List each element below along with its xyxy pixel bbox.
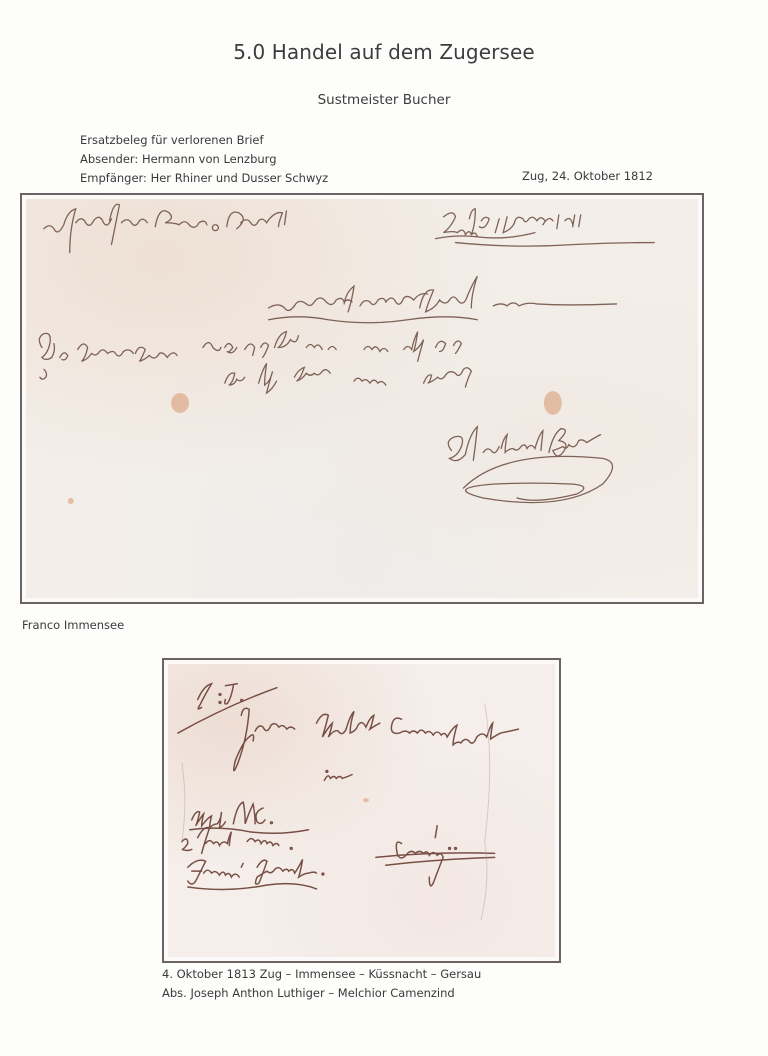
stain: [171, 393, 189, 413]
item1-document-image: [20, 193, 704, 604]
item2-document-image: [162, 658, 561, 963]
stain: [544, 391, 562, 415]
item2-sender-line: Abs. Joseph Anthon Luthiger – Melchior C…: [162, 984, 481, 1003]
item1-handwriting: [26, 199, 698, 598]
item1-sender-line: Absender: Hermann von Lenzburg: [80, 150, 328, 169]
item1-caption: Franco Immensee: [22, 618, 124, 632]
page-subtitle: Sustmeister Bucher: [0, 92, 768, 108]
item2-paper: [168, 664, 555, 957]
item1-description: Ersatzbeleg für verlorenen Brief Absende…: [80, 131, 328, 188]
item1-description-line: Ersatzbeleg für verlorenen Brief: [80, 131, 328, 150]
item1-date: Zug, 24. Oktober 1812: [522, 169, 653, 183]
item2-route-line: 4. Oktober 1813 Zug – Immensee – Küssnac…: [162, 965, 481, 984]
item1-recipient-line: Empfänger: Her Rhiner und Dusser Schwyz: [80, 169, 328, 188]
item2-caption: 4. Oktober 1813 Zug – Immensee – Küssnac…: [162, 965, 481, 1003]
item1-paper: [26, 199, 698, 598]
page-title: 5.0 Handel auf dem Zugersee: [0, 40, 768, 64]
item2-handwriting: [168, 664, 555, 957]
